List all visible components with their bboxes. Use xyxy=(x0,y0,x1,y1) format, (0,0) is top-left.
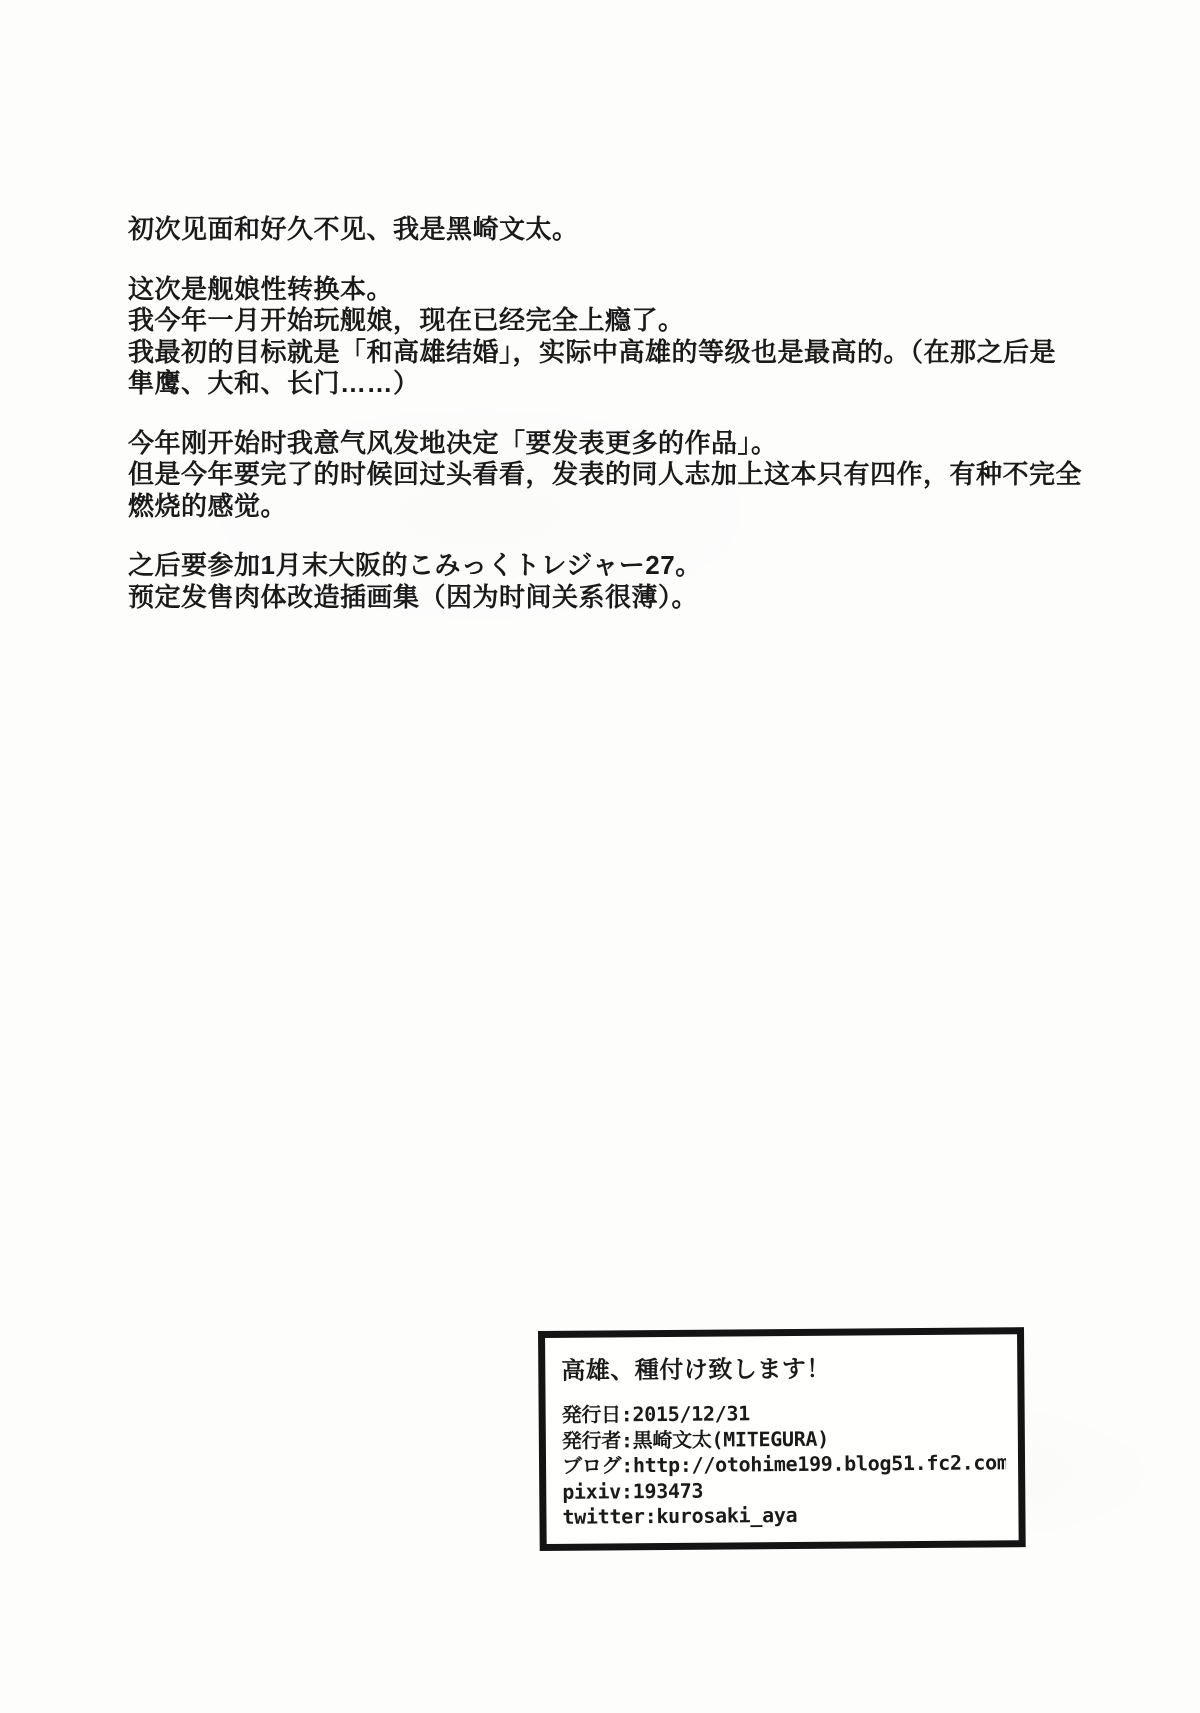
afterword-line: 之后要参加1月末大阪的こみっくトレジャー27。 xyxy=(128,550,1082,582)
afterword-line: 隼鹰、大和、长门……） xyxy=(128,368,1082,400)
colophon-book-title: 高雄、種付け致します！ xyxy=(561,1347,1005,1385)
colophon-box: 高雄、種付け致します！ 発行日:2015/12/31 発行者:黒崎文太(MITE… xyxy=(538,1327,1026,1550)
colophon-publication-date: 発行日:2015/12/31 xyxy=(562,1399,1006,1428)
colophon-twitter-handle: twitter:kurosaki_aya xyxy=(562,1501,1006,1530)
afterword-line: 燃烧的感觉。 xyxy=(128,491,1082,523)
afterword-line: 我今年一月开始玩舰娘，现在已经完全上瘾了。 xyxy=(128,305,1082,337)
afterword-paragraph: 之后要参加1月末大阪的こみっくトレジャー27。 预定发售肉体改造插画集（因为时间… xyxy=(128,550,1082,613)
scanned-afterword-page: 初次见面和好久不见、我是黑崎文太。 这次是舰娘性转换本。 我今年一月开始玩舰娘，… xyxy=(0,0,1200,1713)
colophon-pixiv-id: pixiv:193473 xyxy=(562,1476,1006,1505)
afterword-paragraph: 初次见面和好久不见、我是黑崎文太。 xyxy=(128,214,1082,246)
afterword-line: 但是今年要完了的时候回过头看看，发表的同人志加上这本只有四作，有种不完全 xyxy=(128,459,1082,491)
afterword-line: 今年刚开始时我意气风发地决定「要发表更多的作品」。 xyxy=(128,428,1082,460)
afterword-line: 初次见面和好久不见、我是黑崎文太。 xyxy=(128,214,579,244)
afterword-line: 这次是舰娘性转换本。 xyxy=(128,274,1082,306)
afterword-paragraph: 今年刚开始时我意气风发地决定「要发表更多的作品」。 但是今年要完了的时候回过头看… xyxy=(128,428,1082,523)
afterword-line: 我最初的目标就是「和高雄结婚」，实际中高雄的等级也是最高的。（在那之后是 xyxy=(128,337,1082,369)
colophon-publisher: 発行者:黒崎文太(MITEGURA) xyxy=(562,1425,1006,1454)
afterword-line: 预定发售肉体改造插画集（因为时间关系很薄）。 xyxy=(128,582,1082,614)
afterword-text-block: 初次见面和好久不见、我是黑崎文太。 这次是舰娘性转换本。 我今年一月开始玩舰娘，… xyxy=(128,214,1082,641)
colophon-blog-url: ブログ:http://otohime199.blog51.fc2.com/ xyxy=(562,1450,1006,1479)
afterword-paragraph: 这次是舰娘性转换本。 我今年一月开始玩舰娘，现在已经完全上瘾了。 我最初的目标就… xyxy=(128,274,1082,400)
